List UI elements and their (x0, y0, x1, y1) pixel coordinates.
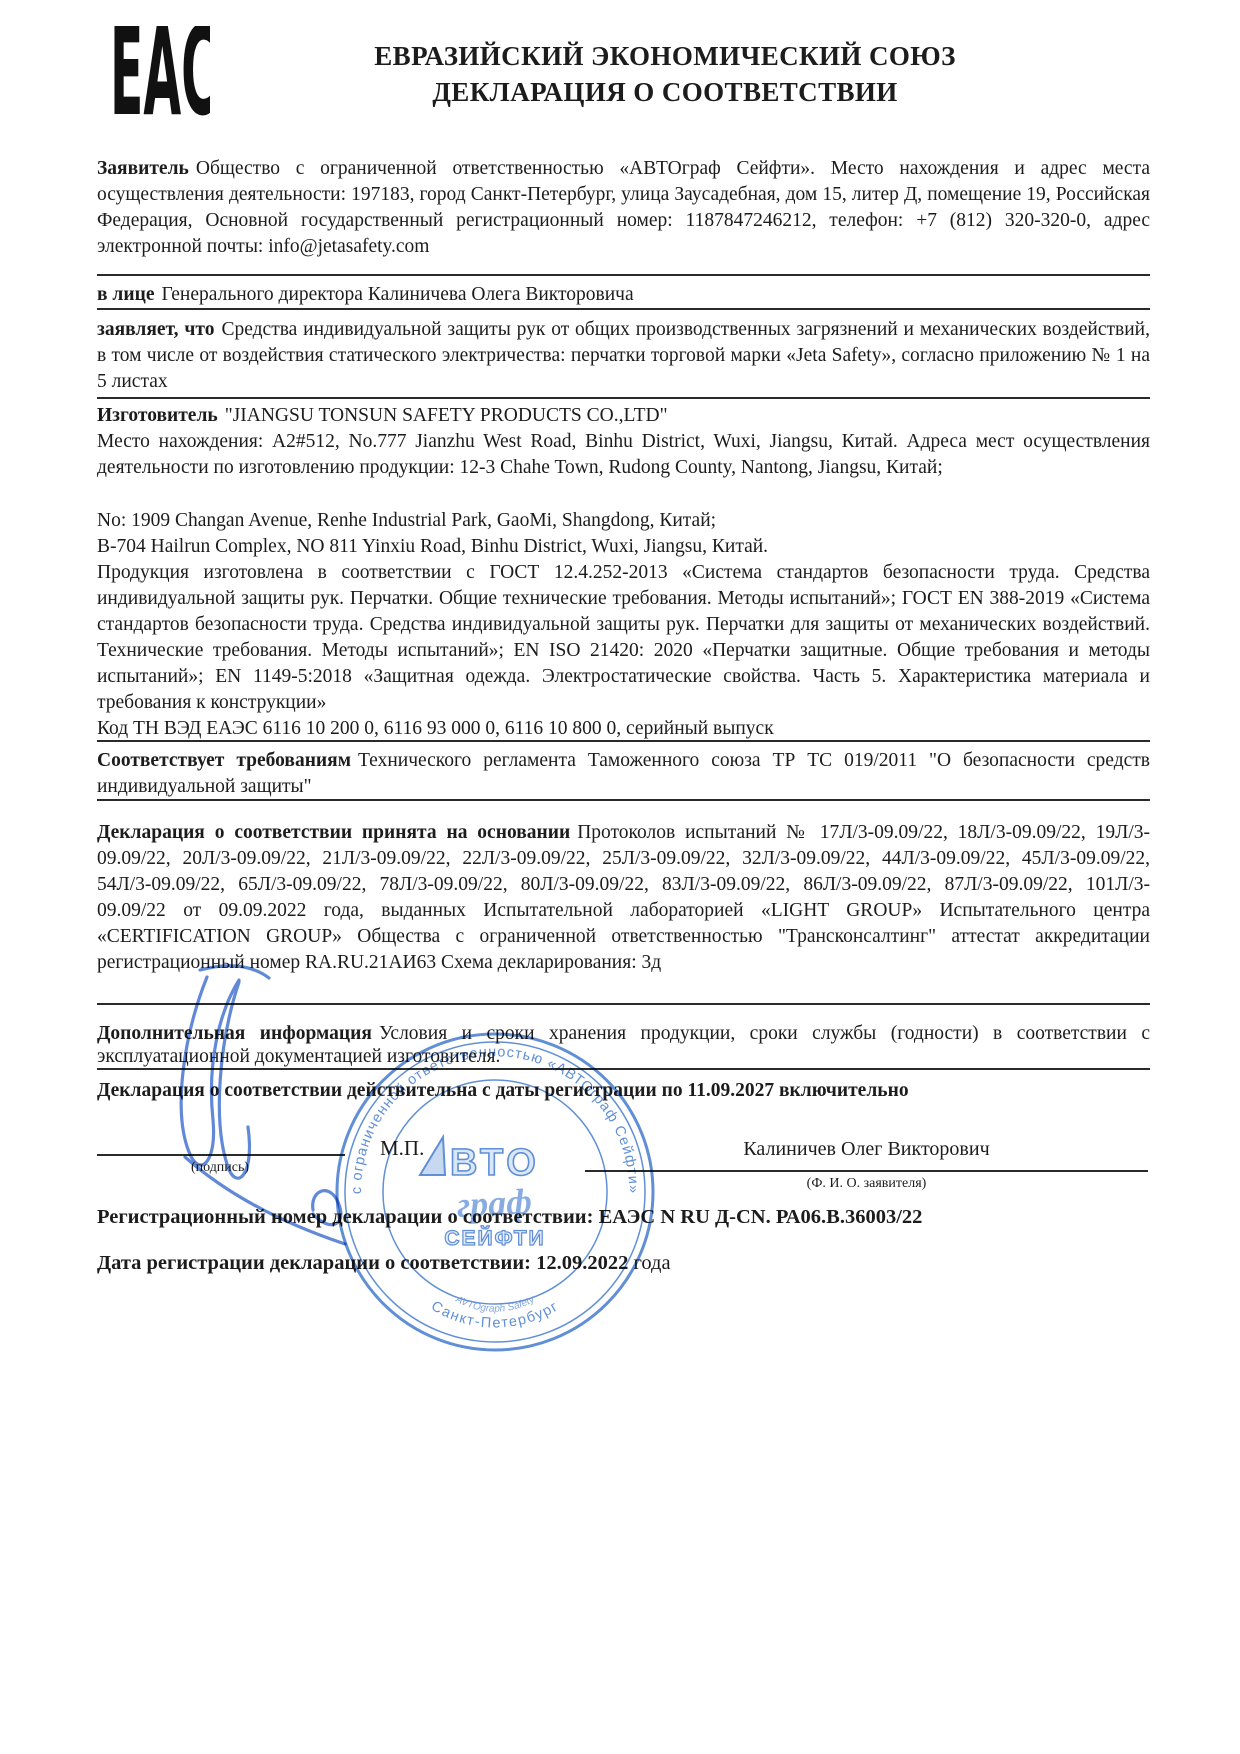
stamp-triangle-icon (420, 1137, 445, 1175)
basis-text: Протоколов испытаний № 17Л/3-09.09/22, 1… (97, 822, 1150, 973)
basis-label: Декларация о соответствии принята на осн… (97, 822, 570, 843)
document-title: ЕВРАЗИЙСКИЙ ЭКОНОМИЧЕСКИЙ СОЮЗ ДЕКЛАРАЦИ… (235, 38, 1095, 110)
signature (145, 952, 385, 1252)
stamp-city-text: Санкт-Петербург (428, 1298, 561, 1331)
stamp-logo-row1: ВТО (450, 1142, 540, 1184)
manufacturer-address: Место нахождения: A2#512, No.777 Jianzhu… (97, 429, 1150, 481)
applicant-paragraph: ЗаявительОбщество с ограниченной ответст… (97, 156, 1150, 260)
production-standards: Продукция изготовлена в соответствии с Г… (97, 560, 1150, 716)
applicant-label: Заявитель (97, 158, 189, 179)
person-text: Генерального директора Калиничева Олега … (161, 284, 633, 305)
declares-paragraph: заявляет, чтоСредства индивидуальной защ… (97, 317, 1150, 395)
divider (97, 799, 1150, 801)
tnved-code-line: Код ТН ВЭД ЕАЭС 6116 10 200 0, 6116 93 0… (97, 716, 1150, 742)
applicant-fio: Калиничев Олег Викторович (585, 1138, 1148, 1161)
manufacturer-address-3: B-704 Hailrun Complex, NO 811 Yinxiu Roa… (97, 534, 1150, 560)
manufacturer-name: "JIANGSU TONSUN SAFETY PRODUCTS CO.,LTD" (225, 405, 668, 426)
title-line-2: ДЕКЛАРАЦИЯ О СООТВЕТСТВИИ (235, 74, 1095, 110)
person-paragraph: в лицеГенерального директора Калиничева … (97, 282, 1150, 308)
declares-label: заявляет, что (97, 319, 214, 340)
divider (97, 740, 1150, 742)
fio-caption: (Ф. И. О. заявителя) (585, 1176, 1148, 1192)
divider (97, 274, 1150, 276)
eac-logo-text: ЕАС (110, 26, 210, 126)
person-label: в лице (97, 284, 154, 305)
manufacturer-label: Изготовитель (97, 405, 218, 426)
declaration-document: ЕАС ЕВРАЗИЙСКИЙ ЭКОНОМИЧЕСКИЙ СОЮЗ ДЕКЛА… (0, 0, 1240, 1754)
compliance-label: Соответствует требованиям (97, 750, 351, 771)
applicant-text: Общество с ограниченной ответственностью… (97, 158, 1150, 257)
title-line-1: ЕВРАЗИЙСКИЙ ЭКОНОМИЧЕСКИЙ СОЮЗ (235, 38, 1095, 74)
divider (97, 397, 1150, 399)
svg-text:Санкт-Петербург: Санкт-Петербург (428, 1298, 561, 1331)
eac-logo-icon: ЕАС (110, 26, 210, 126)
stamp-logo-row2: граф (456, 1181, 533, 1225)
manufacturer-address-2: No: 1909 Changan Avenue, Renhe Industria… (97, 508, 1150, 534)
stamp-logo-row3: СЕЙФТИ (444, 1226, 545, 1250)
declares-text: Средства индивидуальной защиты рук от об… (97, 319, 1150, 392)
manufacturer-name-line: Изготовитель"JIANGSU TONSUN SAFETY PRODU… (97, 403, 1150, 429)
compliance-paragraph: Соответствует требованиямТехнического ре… (97, 748, 1150, 800)
fio-line (585, 1170, 1148, 1172)
divider (97, 308, 1150, 310)
